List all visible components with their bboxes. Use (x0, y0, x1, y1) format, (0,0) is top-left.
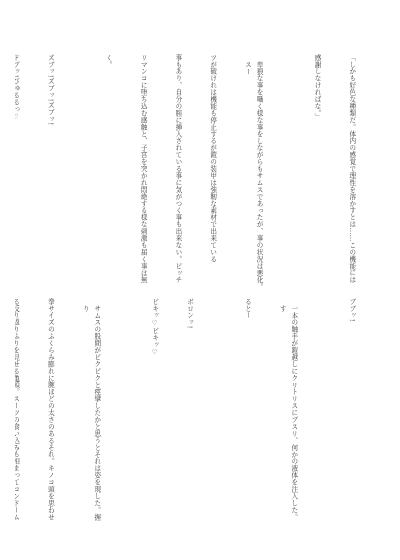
book-page: 「しかも好色な種類だ。体内の感覚で理性を溶かすとは……この機能には 感謝しなけれ… (0, 0, 400, 560)
sound-effect-line: ブブッ! (345, 298, 357, 524)
paragraph-line: 拳サイズのふくらみ膨れに腕ほどの太さのあるそれ。キノコ頭を思わせ (44, 298, 56, 524)
sound-effect-line: ボロンッ! (183, 298, 195, 524)
paragraph-line: リマンコに堕ち込む感触と、子宮を突かれ悶絶する様な刺激も届く事は無 (137, 54, 149, 294)
paragraph-line: 一本の触手が鎧越しにクリトリスにブスリ、何かの液体を注入した。す (276, 298, 299, 524)
sound-effect-line: ビキッ♡ビキッ♡ (148, 298, 160, 524)
paragraph-line: ツが破けれは機能も停止するが鎧の装甲は強靭な素材で出来ている (206, 54, 218, 294)
sound-effect-line: ズブッ!ズブッ!ズブッ! (44, 54, 56, 294)
dialogue-line: 「しかも好色な種類だ。体内の感覚で理性を溶かすとは……この機能には (345, 54, 357, 294)
paragraph-line: く。 (102, 54, 114, 294)
upper-text-block: 「しかも好色な種類だ。体内の感覚で理性を溶かすとは……この機能には 感謝しなけれ… (15, 54, 380, 294)
paragraph-line: 卑猥な事を囁く様な事をしながらもサムスであったが、事の状況は悪化。スー (241, 54, 264, 294)
paragraph-line: るとー (241, 298, 253, 524)
paragraph-line: 事もあり、自分の膣に挿入されている事に気がつく事も出来ない。ピッチ (171, 54, 183, 294)
paragraph-line: る反り返りふりを見せる亀頭。スーツの食い込みも相まってコンドームを被 (15, 298, 21, 524)
sound-effect-line: ドプッ!びゅるるっ♡ (15, 54, 21, 294)
lower-text-block: ブブッ! 一本の触手が鎧越しにクリトリスにブスリ、何かの液体を注入した。す ると… (15, 298, 380, 524)
dialogue-line: 感謝しなければな。」 (310, 54, 322, 294)
paragraph-line: サムスの股間がビクビクと痙攣したかと思うとそれは姿を現した。握り (79, 298, 102, 524)
